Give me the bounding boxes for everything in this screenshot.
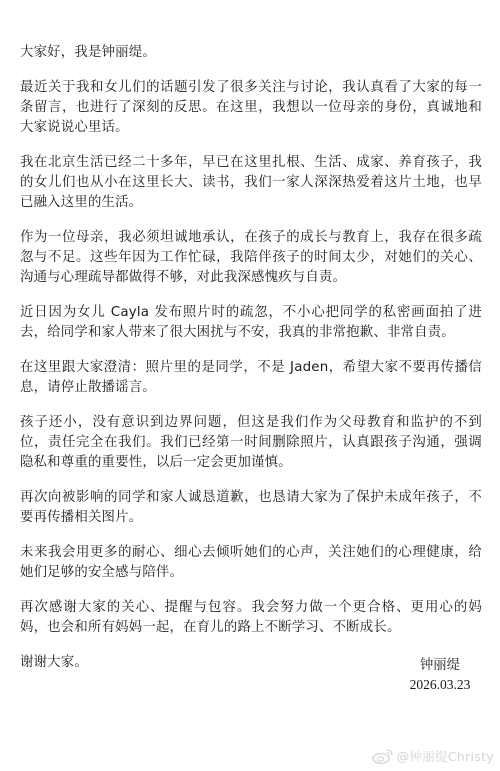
paragraph-5: 近日因为女儿 Cayla 发布照片时的疏忽，不小心把同学的私密画面拍了进去，给同… [20, 303, 482, 343]
paragraph-2: 最近关于我和女儿们的话题引发了很多关注与讨论，我认真看了大家的每一条留言，也进行… [20, 78, 482, 138]
paragraph-6: 在这里跟大家澄清：照片里的是同学，不是 Jaden，希望大家不要再传播信息，请停… [20, 358, 482, 398]
paragraph-9: 未来我会用更多的耐心、细心去倾听她们的心声，关注她们的心理健康，给她们足够的安全… [20, 543, 482, 583]
paragraph-10: 再次感谢大家的关心、提醒与包容。我会努力做一个更合格、更用心的妈妈，也会和所有妈… [20, 598, 482, 638]
paragraph-8: 再次向被影响的同学和家人诚恳道歉，也恳请大家为了保护未成年孩子，不要再传播相关图… [20, 488, 482, 528]
signature-name: 钟丽缇 [400, 656, 480, 676]
statement-document: 大家好，我是钟丽缇。 最近关于我和女儿们的话题引发了很多关注与讨论，我认真看了大… [20, 43, 482, 688]
watermark-text: @钟丽缇Christy [397, 747, 494, 765]
signature-date: 2026.03.23 [400, 676, 480, 694]
signature-block: 钟丽缇 2026.03.23 [400, 656, 480, 694]
weibo-icon [372, 748, 394, 764]
paragraph-greeting: 大家好，我是钟丽缇。 [20, 43, 482, 63]
paragraph-3: 我在北京生活已经二十多年，早已在这里扎根、生活、成家、养育孩子，我的女儿们也从小… [20, 153, 482, 213]
weibo-watermark: @钟丽缇Christy [372, 747, 494, 765]
paragraph-7: 孩子还小，没有意识到边界问题，但这是我们作为父母教育和监护的不到位，责任完全在我… [20, 413, 482, 473]
paragraph-4: 作为一位母亲，我必须坦诚地承认，在孩子的成长与教育上，我存在很多疏忽与不足。这些… [20, 228, 482, 288]
